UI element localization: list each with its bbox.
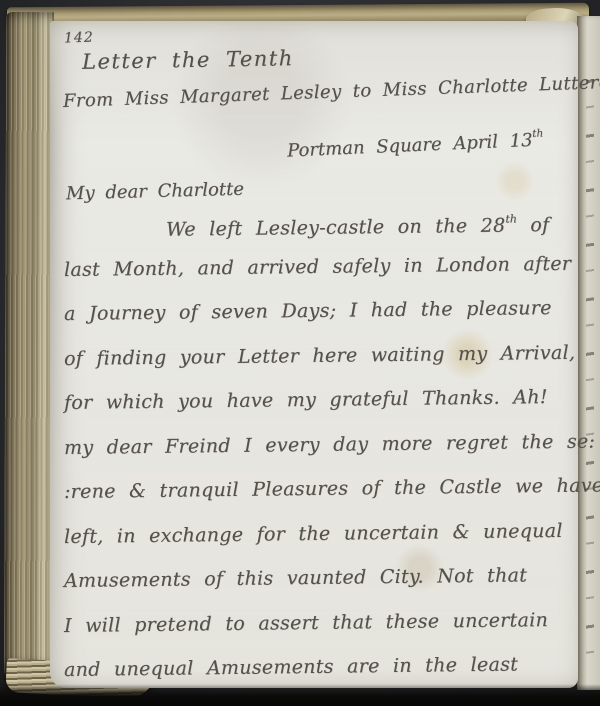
book-board-shadow xyxy=(0,684,600,706)
manuscript-line: last Month, and arrived safely in London… xyxy=(64,241,567,292)
manuscript-line: my dear Freind I every day more regret t… xyxy=(64,419,567,470)
line-ordinal: th xyxy=(505,212,517,225)
page-number: 142 xyxy=(64,29,94,46)
dateline-ordinal: th xyxy=(532,127,543,139)
manuscript-line: I will pretend to assert that these unce… xyxy=(64,597,567,648)
book-photograph: 142 Letter the Tenth From Miss Margaret … xyxy=(0,0,600,706)
adjacent-page-edge xyxy=(577,16,600,690)
letter-heading: Letter the Tenth xyxy=(82,46,294,74)
manuscript-line: left, in exchange for the uncertain & un… xyxy=(64,508,567,559)
adjacent-page-ink-marks xyxy=(586,54,594,654)
manuscript-line: a Journey of seven Days; I had the pleas… xyxy=(64,286,567,337)
manuscript-line: :rene & tranquil Pleasures of the Castle… xyxy=(64,464,567,515)
line-text: of xyxy=(517,214,550,236)
manuscript-line: We left Lesley-castle on the 28th of xyxy=(64,197,567,248)
manuscript-line: Amusements of this vaunted City. Not tha… xyxy=(64,553,567,604)
line-text: We left Lesley-castle on the 28 xyxy=(166,215,506,241)
manuscript-line: for which you have my grateful Thanks. A… xyxy=(64,375,567,426)
dateline-text: Portman Square April 13 xyxy=(287,130,533,162)
manuscript-line: of finding your Letter here waiting my A… xyxy=(64,330,567,381)
letter-sender-line: From Miss Margaret Lesley to Miss Charlo… xyxy=(63,71,600,112)
page-edges-left xyxy=(4,12,54,680)
manuscript-page: 142 Letter the Tenth From Miss Margaret … xyxy=(50,21,578,688)
letter-dateline: Portman Square April 13th xyxy=(287,127,544,161)
letter-body: We left Lesley-castle on the 28th of las… xyxy=(64,203,566,693)
